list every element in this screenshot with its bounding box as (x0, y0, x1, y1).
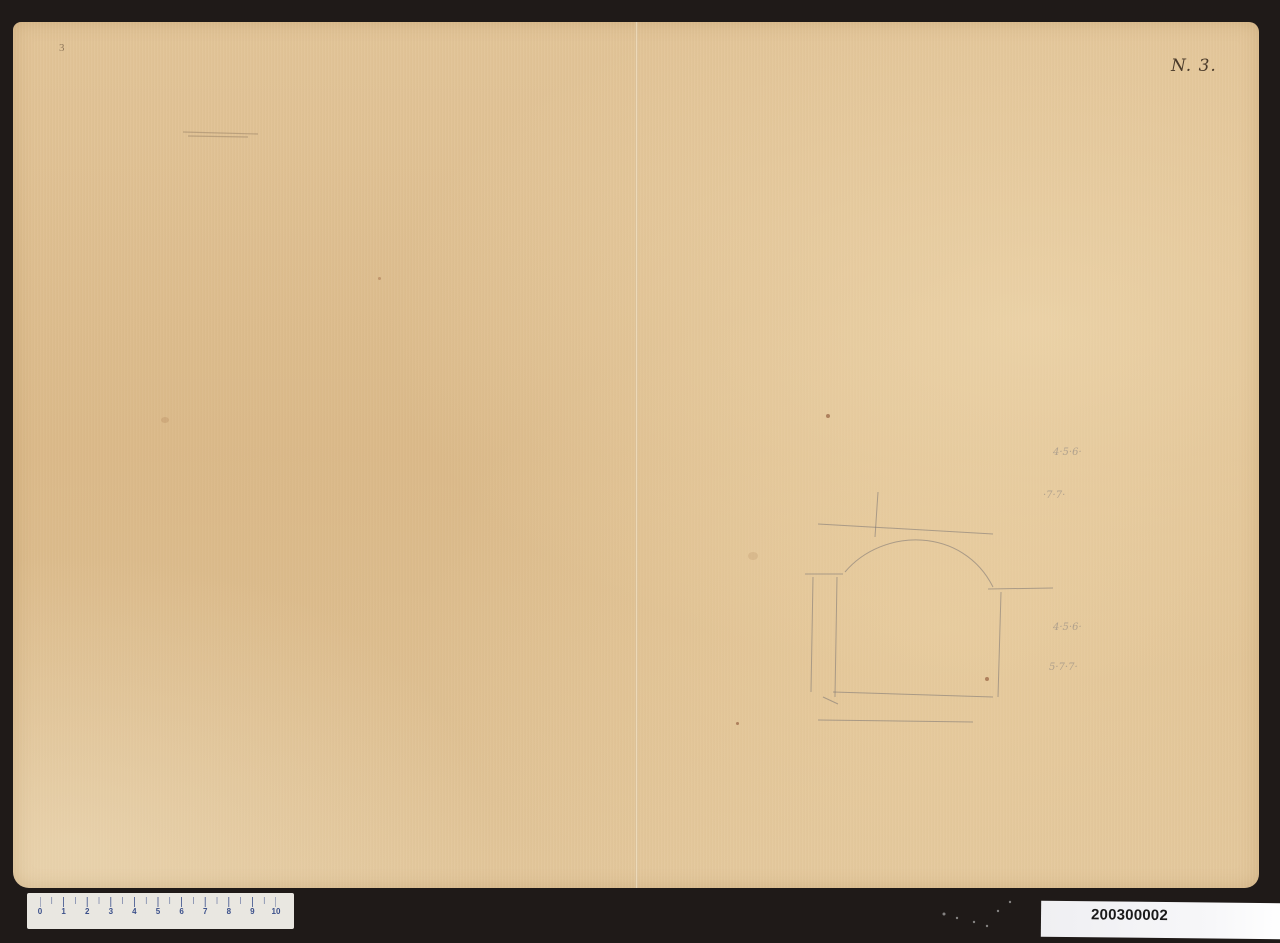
ruler-label: 2 (85, 907, 89, 916)
pencil-note: 4·5·6· (1053, 447, 1082, 458)
ruler-label: 3 (109, 907, 113, 916)
ruler-label: 8 (227, 907, 231, 916)
ruler-label: 9 (250, 907, 254, 916)
ruler-label: 7 (203, 907, 207, 916)
center-fold-line (635, 22, 638, 888)
pencil-note: 4·5·6· (1053, 622, 1082, 633)
foxing-spot (378, 277, 381, 280)
foxing-spot (161, 417, 169, 423)
dust-specks (940, 900, 1020, 930)
foxing-spot (985, 677, 989, 681)
foxing-spot (748, 552, 758, 560)
foxing-spot (826, 414, 830, 418)
corner-mark: 3 (59, 42, 65, 54)
ruler-label: 5 (156, 907, 160, 916)
sheet-number: N. 3. (1171, 56, 1217, 76)
catalog-id: 200300002 (1091, 906, 1168, 924)
pencil-note: ·7·7· (1043, 490, 1065, 501)
scale-ruler: 0 1 2 3 4 5 6 7 8 9 10 (27, 893, 294, 929)
ruler-label: 6 (179, 907, 183, 916)
ruler-label: 10 (272, 907, 281, 916)
catalog-id-label: 200300002 (1041, 901, 1280, 940)
ruler-label: 1 (61, 907, 65, 916)
document-sheet: 3 N. 3. 4·5·6· ·7·7· 4·5·6· 5·7·7· (13, 22, 1259, 888)
pencil-note: 5·7·7· (1049, 662, 1078, 673)
ruler-label: 0 (38, 907, 42, 916)
ruler-label: 4 (132, 907, 136, 916)
ink-smudge (178, 122, 268, 142)
foxing-spot (736, 722, 739, 725)
pencil-arch-sketch (793, 492, 1093, 732)
